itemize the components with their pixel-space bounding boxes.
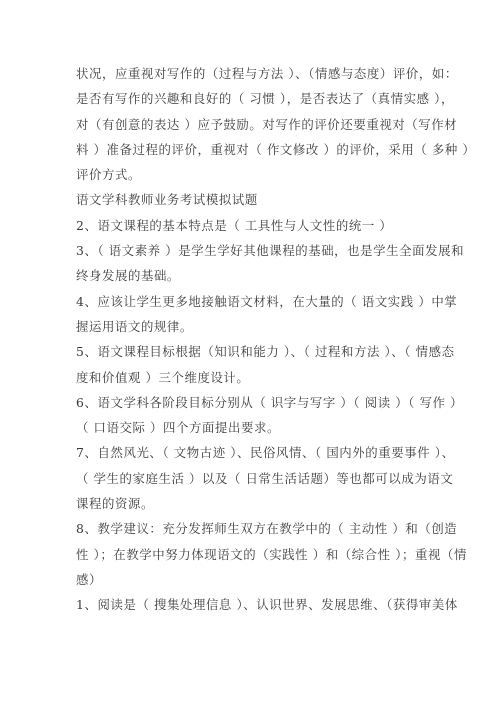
document-page: 状况，应重视对写作的（过程与方法 ）、（情感与态度）评价，如： 是否有写作的兴趣… [76, 61, 428, 618]
text-line: （ 口语交际 ）四个方面提出要求。 [76, 415, 428, 440]
question-8: 8、教学建议：充分发挥师生双方在教学中的（ 主动性 ）和（创造 [76, 516, 428, 541]
section-title: 语文学科教师业务考试模拟试题 [76, 187, 428, 212]
text-line: 是否有写作的兴趣和良好的（ 习惯 ），是否表达了（真情实感 ）， [76, 86, 428, 111]
question-3: 3、（ 语文素养 ）是学生学好其他课程的基础，也是学生全面发展和 [76, 238, 428, 263]
text-line: 度和价值观 ）三个维度设计。 [76, 365, 428, 390]
text-line: 料 ）准备过程的评价，重视对（ 作文修改 ）的评价，采用（ 多种 ） [76, 137, 428, 162]
text-line: 握运用语文的规律。 [76, 314, 428, 339]
question-6: 6、语文学科各阶段目标分别从（ 识字与写字 ）（ 阅读 ）（ 写作 ） [76, 390, 428, 415]
question-4: 4、应该让学生更多地接触语文材料，在大量的（ 语文实践 ）中掌 [76, 289, 428, 314]
text-line: 性 ）；在教学中努力体现语文的（实践性 ）和（综合性 ）；重视（情 [76, 542, 428, 567]
question-2: 2、语文课程的基本特点是（ 工具性与人文性的统一 ） [76, 213, 428, 238]
text-line: （ 学生的家庭生活 ）以及（ 日常生活话题）等也都可以成为语文 [76, 466, 428, 491]
text-line: 评价方式。 [76, 162, 428, 187]
text-line: 课程的资源。 [76, 491, 428, 516]
question-7: 7、自然风光、（ 文物古迹 ）、民俗风情、（ 国内外的重要事件 ）、 [76, 440, 428, 465]
text-line: 感） [76, 567, 428, 592]
question-5: 5、语文课程目标根据（知识和能力 ）、（ 过程和方法 ）、（ 情感态 [76, 339, 428, 364]
text-line: 状况，应重视对写作的（过程与方法 ）、（情感与态度）评价，如： [76, 61, 428, 86]
text-line: 终身发展的基础。 [76, 263, 428, 288]
question-1-reading: 1、阅读是（ 搜集处理信息 ）、认识世界、发展思维、（获得审美体 [76, 592, 428, 617]
text-line: 对（有创意的表达 ）应予鼓励。对写作的评价还要重视对（写作材 [76, 112, 428, 137]
